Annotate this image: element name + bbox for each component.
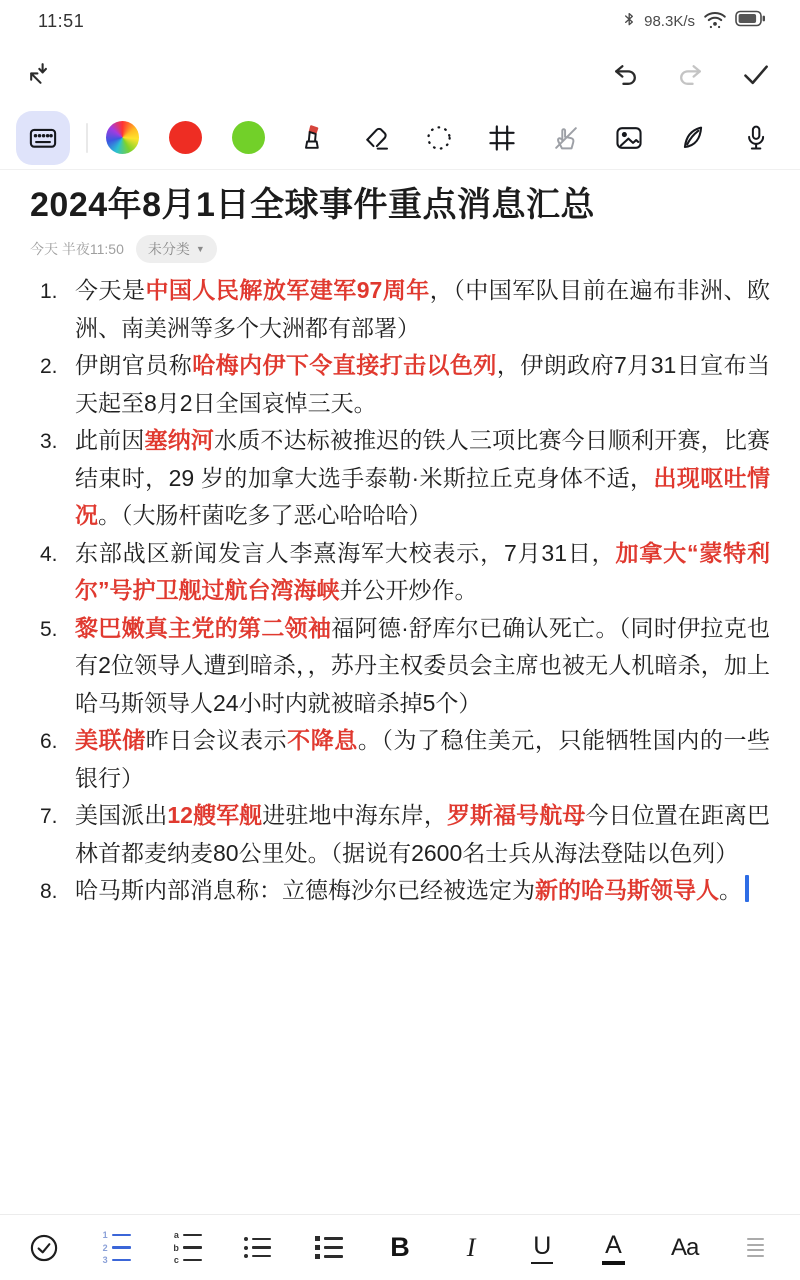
bullet-list-icon[interactable] (238, 1226, 278, 1270)
list-item-number: 6. (40, 723, 58, 761)
list-item-text: 美国派出12艘军舰进驻地中海东岸，罗斯福号航母今日位置在距离巴林首都麦纳麦80公… (75, 802, 770, 866)
list-item-text: 美联储昨日会议表示不降息。（为了稳住美元，只能牺牲国内的一些银行） (75, 727, 770, 791)
list-item-number: 4. (40, 536, 58, 574)
ordered-list-icon[interactable]: 1 2 3 (95, 1226, 135, 1270)
more-format-icon[interactable] (736, 1226, 776, 1270)
format-tools (100, 116, 778, 160)
marker-pen-icon[interactable] (290, 116, 334, 160)
list-item-number: 2. (40, 348, 58, 386)
note-list: 1.今天是中国人民解放军建军97周年，（中国军队目前在遍布非洲、欧洲、南美洲等多… (30, 272, 770, 910)
action-bar (0, 42, 800, 106)
list-item[interactable]: 8.哈马斯内部消息称：立德梅沙尔已经被选定为新的哈马斯领导人。 (30, 872, 770, 910)
battery-icon (735, 10, 766, 32)
list-item-number: 8. (40, 873, 58, 911)
touch-disabled-icon[interactable] (544, 116, 588, 160)
list-item-text: 东部战区新闻发言人李熹海军大校表示，7月31日，加拿大“蒙特利尔”号护卫舰过航台… (75, 540, 770, 604)
note-timestamp: 今天 半夜11:50 (30, 239, 124, 259)
list-item-number: 3. (40, 423, 58, 461)
list-item[interactable]: 7.美国派出12艘军舰进驻地中海东岸，罗斯福号航母今日位置在距离巴林首都麦纳麦8… (30, 797, 770, 872)
status-bar: 11:51 98.3K/s (0, 0, 800, 42)
status-time: 11:51 (38, 11, 84, 32)
square-list-icon[interactable] (309, 1226, 349, 1270)
list-item[interactable]: 3.此前因塞纳河水质不达标被推迟的铁人三项比赛今日顺利开赛，比赛结束时，29 岁… (30, 422, 770, 535)
note-title[interactable]: 2024年8月1日全球事件重点消息汇总 (30, 182, 770, 228)
category-label: 未分类 (148, 239, 190, 259)
list-item[interactable]: 5.黎巴嫩真主党的第二领袖福阿德·舒库尔已确认死亡。（同时伊拉克也有2位领导人遭… (30, 610, 770, 723)
list-item-number: 1. (40, 273, 58, 311)
voice-input-icon[interactable] (734, 116, 778, 160)
status-indicators: 98.3K/s (621, 7, 766, 35)
crop-frame-icon[interactable] (480, 116, 524, 160)
font-size-button[interactable]: Aa (665, 1226, 705, 1270)
list-item-number: 5. (40, 611, 58, 649)
note-meta: 今天 半夜11:50 未分类 ▼ (30, 235, 770, 263)
chevron-down-icon: ▼ (196, 244, 205, 254)
network-speed: 98.3K/s (644, 13, 695, 30)
format-toolbar (0, 106, 800, 170)
list-item[interactable]: 2.伊朗官员称哈梅内伊下令直接打击以色列，伊朗政府7月31日宣布当天起至8月2日… (30, 347, 770, 422)
doodle-pen-icon[interactable] (671, 116, 715, 160)
note-editor[interactable]: 2024年8月1日全球事件重点消息汇总 今天 半夜11:50 未分类 ▼ 1.今… (0, 182, 800, 910)
redo-icon[interactable] (676, 60, 705, 89)
bold-button[interactable]: B (380, 1226, 420, 1270)
italic-button[interactable]: I (451, 1226, 491, 1270)
font-color-button[interactable]: A (594, 1226, 634, 1270)
wifi-icon (702, 7, 728, 35)
list-item[interactable]: 6.美联储昨日会议表示不降息。（为了稳住美元，只能牺牲国内的一些银行） (30, 722, 770, 797)
action-right-group (611, 60, 770, 89)
list-item-text: 伊朗官员称哈梅内伊下令直接打击以色列，伊朗政府7月31日宣布当天起至8月2日全国… (75, 352, 770, 416)
insert-image-icon[interactable] (607, 116, 651, 160)
confirm-check-icon[interactable] (741, 60, 770, 89)
list-item-text: 此前因塞纳河水质不达标被推迟的铁人三项比赛今日顺利开赛，比赛结束时，29 岁的加… (75, 427, 770, 528)
todo-checkbox-icon[interactable] (24, 1226, 64, 1270)
list-item-number: 7. (40, 798, 58, 836)
list-item-text: 黎巴嫩真主党的第二领袖福阿德·舒库尔已确认死亡。（同时伊拉克也有2位领导人遭到暗… (75, 615, 770, 716)
undo-icon[interactable] (611, 60, 640, 89)
toolbar-divider (86, 123, 88, 153)
alpha-list-icon[interactable]: a b c (166, 1226, 206, 1270)
green-color-icon[interactable] (227, 116, 271, 160)
bottom-format-toolbar: 1 2 3 a b c B (0, 1214, 800, 1280)
underline-button[interactable]: U (522, 1226, 562, 1270)
list-item-text: 今天是中国人民解放军建军97周年，（中国军队目前在遍布非洲、欧洲、南美洲等多个大… (75, 277, 770, 341)
bluetooth-icon (621, 9, 637, 34)
lasso-select-icon[interactable] (417, 116, 461, 160)
text-cursor (745, 875, 749, 902)
keyboard-icon[interactable] (16, 111, 70, 165)
color-wheel-icon[interactable] (100, 116, 144, 160)
collapse-icon[interactable] (26, 61, 53, 88)
list-item[interactable]: 4.东部战区新闻发言人李熹海军大校表示，7月31日，加拿大“蒙特利尔”号护卫舰过… (30, 535, 770, 610)
eraser-icon[interactable] (354, 116, 398, 160)
list-item[interactable]: 1.今天是中国人民解放军建军97周年，（中国军队目前在遍布非洲、欧洲、南美洲等多… (30, 272, 770, 347)
category-dropdown[interactable]: 未分类 ▼ (136, 235, 217, 263)
notes-app-screen: 11:51 98.3K/s (0, 0, 800, 1280)
list-item-text: 哈马斯内部消息称：立德梅沙尔已经被选定为新的哈马斯领导人。 (75, 877, 749, 903)
red-color-icon[interactable] (163, 116, 207, 160)
